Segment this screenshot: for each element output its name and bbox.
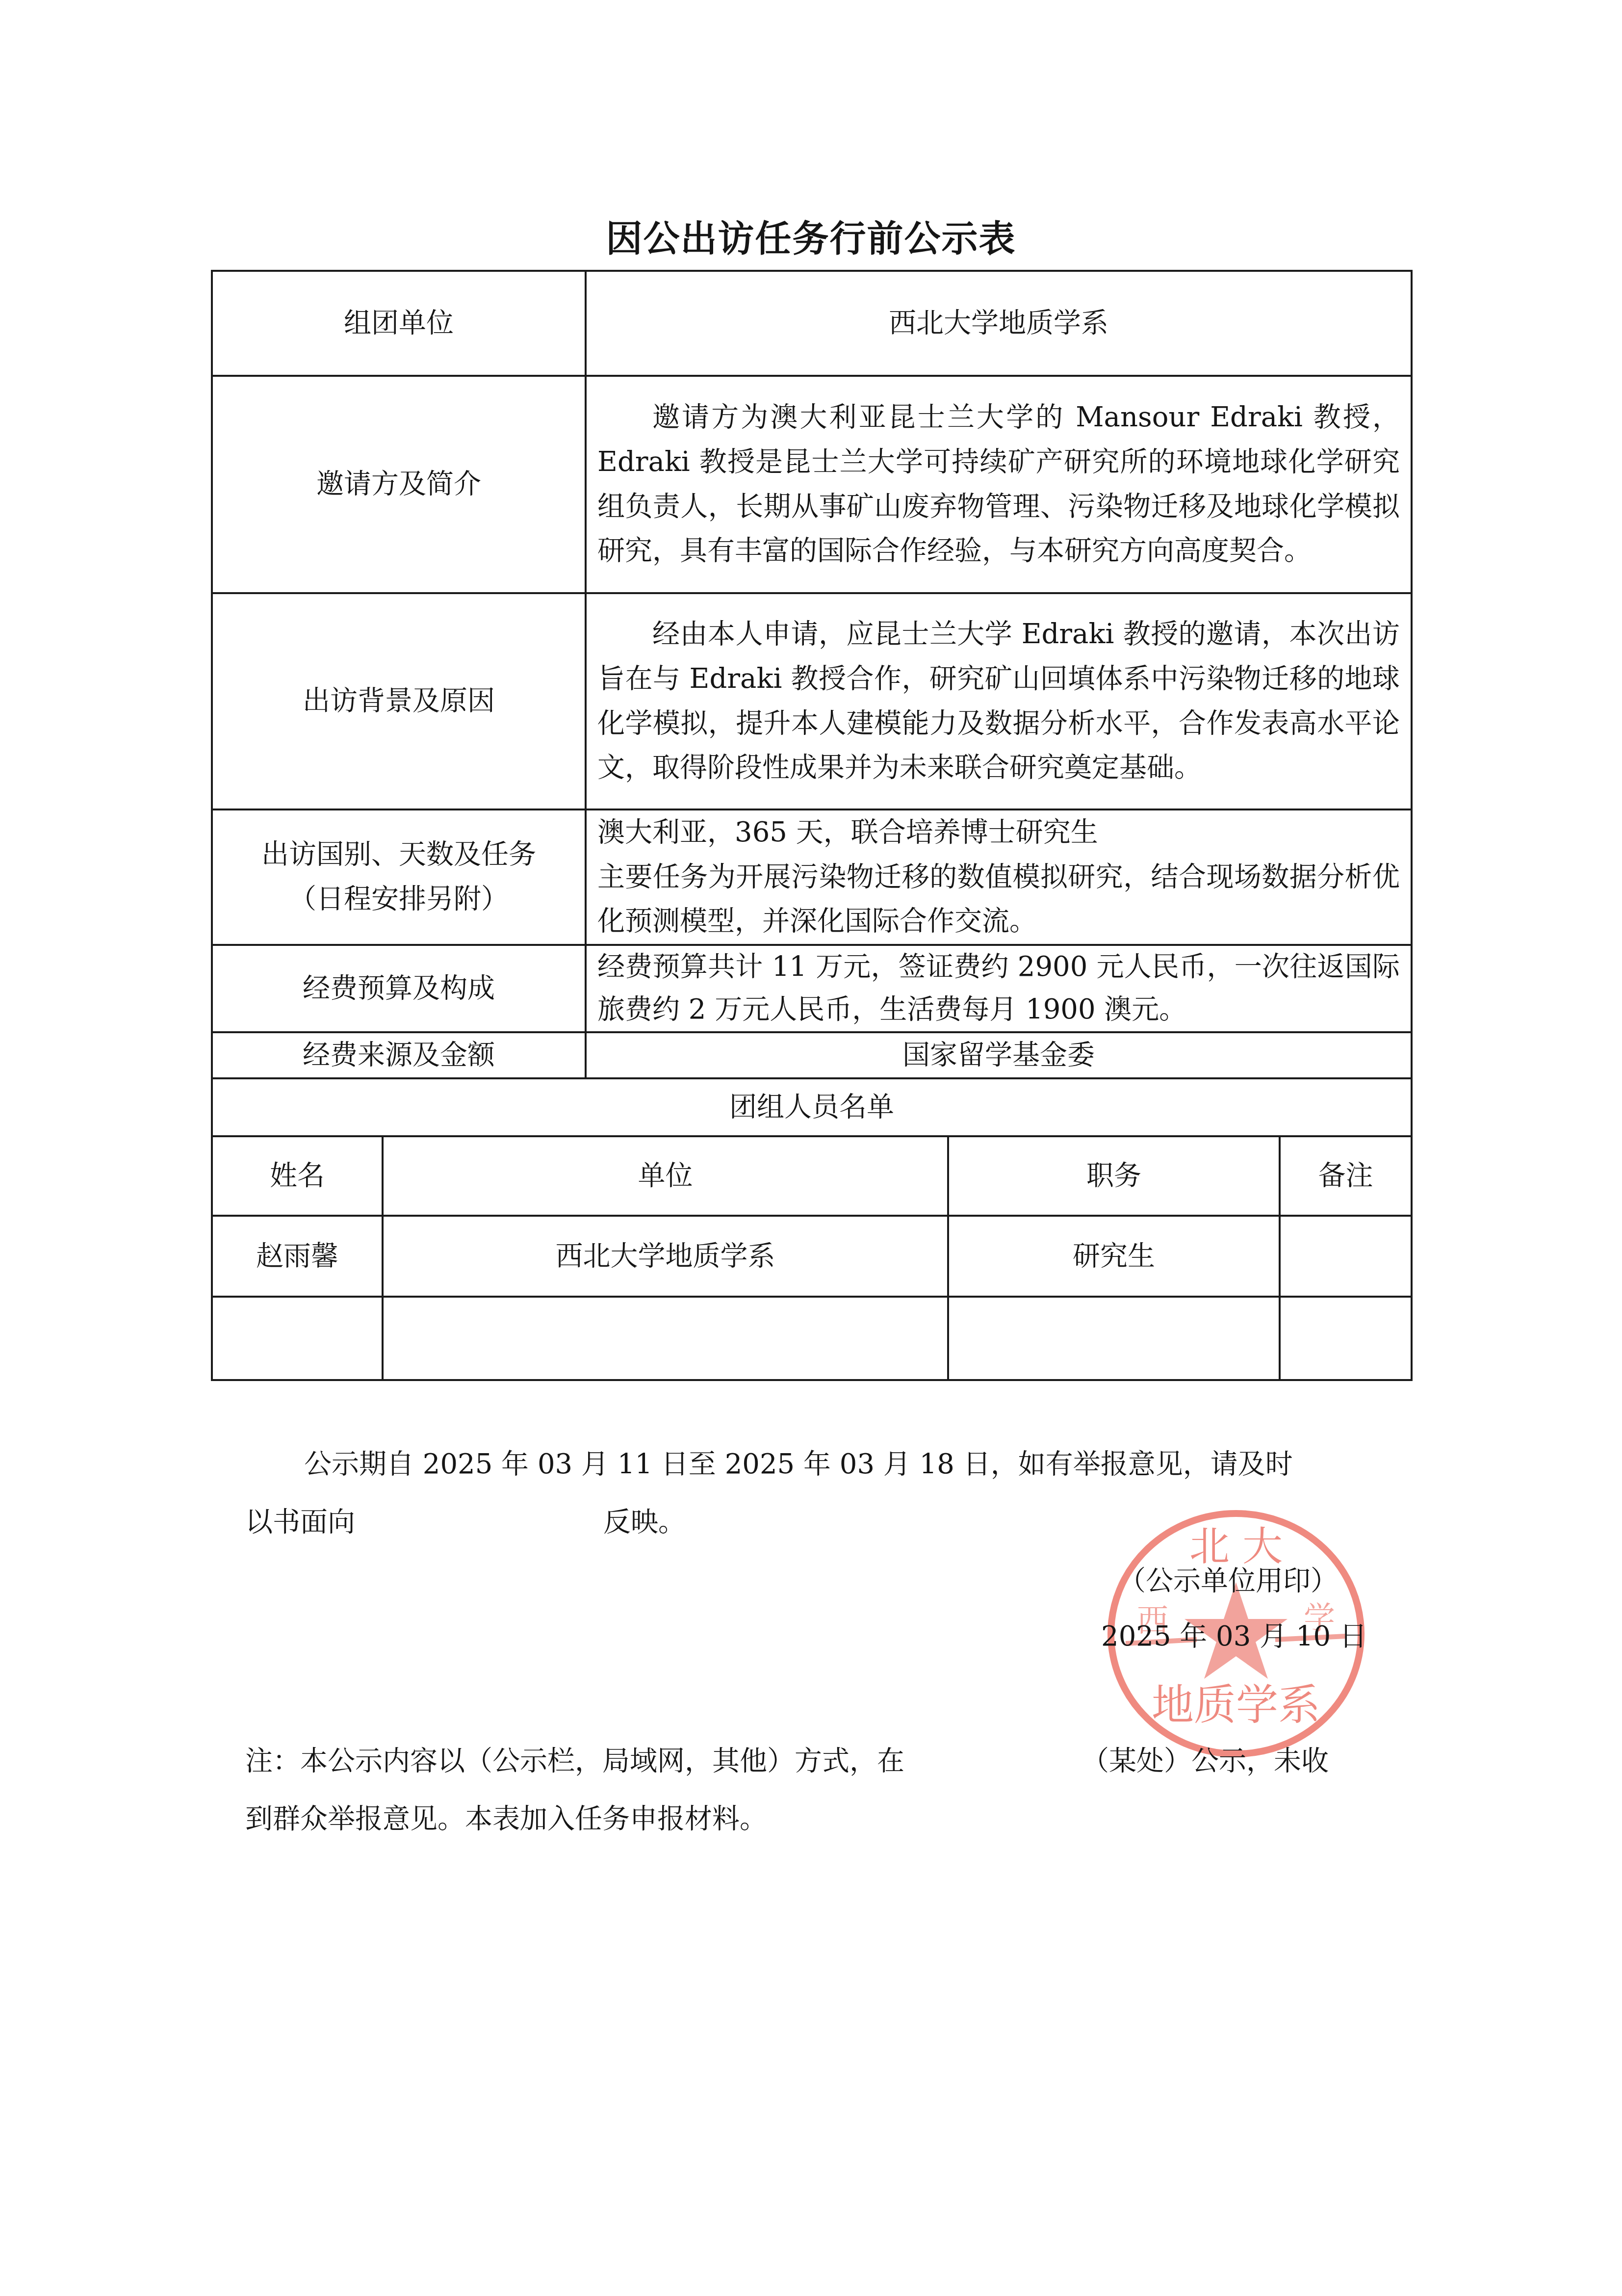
row-funding-source: 经费来源及金额 国家留学基金委 (212, 1032, 1412, 1079)
col-header-unit: 单位 (383, 1136, 948, 1216)
member-unit: 西北大学地质学系 (383, 1216, 948, 1297)
announcement-table: 组团单位 西北大学地质学系 邀请方及简介 邀请方为澳大利亚昆士兰大学的 Mans… (211, 270, 1413, 1381)
note-line-1b: （某处）公示，未收 (1081, 1748, 1329, 1775)
seal-date: 2025 年 03 月 10 日 (1101, 1623, 1367, 1650)
row-background: 出访背景及原因 经由本人申请，应昆士兰大学 Edraki 教授的邀请，本次出访旨… (212, 593, 1412, 809)
member-position (948, 1297, 1280, 1380)
label-line-2: （日程安排另附） (223, 877, 575, 922)
note-line-1a: 注：本公示内容以（公示栏，局域网，其他）方式，在 (245, 1748, 904, 1775)
value-line-1: 澳大利亚，365 天，联合培养博士研究生 (597, 810, 1400, 855)
value-background: 经由本人申请，应昆士兰大学 Edraki 教授的邀请，本次出访旨在与 Edrak… (586, 593, 1412, 809)
row-members-title: 团组人员名单 (212, 1078, 1412, 1136)
value-organizing-unit: 西北大学地质学系 (586, 271, 1412, 376)
label-inviter: 邀请方及简介 (212, 376, 586, 593)
col-header-position: 职务 (948, 1136, 1280, 1216)
value-funding-source: 国家留学基金委 (586, 1032, 1412, 1079)
col-header-name: 姓名 (212, 1136, 383, 1216)
member-name: 赵雨馨 (212, 1216, 383, 1297)
member-position: 研究生 (948, 1216, 1280, 1297)
label-line-1: 出访国别、天数及任务 (223, 833, 575, 877)
value-country-days-task: 澳大利亚，365 天，联合培养博士研究生 主要任务为开展污染物迁移的数值模拟研究… (586, 809, 1412, 945)
label-budget: 经费预算及构成 (212, 945, 586, 1032)
label-funding-source: 经费来源及金额 (212, 1032, 586, 1079)
member-name (212, 1297, 383, 1380)
note-line-2: 到群众举报意见。本表加入任务申报材料。 (245, 1805, 767, 1833)
period-line-2b: 反映。 (603, 1509, 686, 1536)
row-country-days-task: 出访国别、天数及任务 （日程安排另附） 澳大利亚，365 天，联合培养博士研究生… (212, 809, 1412, 945)
member-remarks (1280, 1297, 1412, 1380)
label-organizing-unit: 组团单位 (212, 271, 586, 376)
value-inviter: 邀请方为澳大利亚昆士兰大学的 Mansour Edraki 教授，Edraki … (586, 376, 1412, 593)
value-line-2: 主要任务为开展污染物迁移的数值模拟研究，结合现场数据分析优化预测模型，并深化国际… (597, 855, 1400, 944)
member-row-empty (212, 1297, 1412, 1380)
members-header-row: 姓名 单位 职务 备注 (212, 1136, 1412, 1216)
col-header-remarks: 备注 (1280, 1136, 1412, 1216)
member-remarks (1280, 1216, 1412, 1297)
row-inviter: 邀请方及简介 邀请方为澳大利亚昆士兰大学的 Mansour Edraki 教授，… (212, 376, 1412, 593)
document-title: 因公出访任务行前公示表 (0, 210, 1622, 262)
period-line-1: 公示期自 2025 年 03 月 11 日至 2025 年 03 月 18 日，… (304, 1451, 1293, 1478)
seal-top-text: 北 大 (1189, 1523, 1283, 1570)
period-line-2a: 以书面向 (245, 1509, 355, 1536)
label-country-days-task: 出访国别、天数及任务 （日程安排另附） (212, 809, 586, 945)
members-section-title: 团组人员名单 (212, 1078, 1412, 1136)
value-budget: 经费预算共计 11 万元，签证费约 2900 元人民币，一次往返国际旅费约 2 … (586, 945, 1412, 1032)
member-row: 赵雨馨 西北大学地质学系 研究生 (212, 1216, 1412, 1297)
label-background: 出访背景及原因 (212, 593, 586, 809)
seal-note: （公示单位用印） (1118, 1567, 1338, 1595)
seal-bottom-text: 地质学系 (1152, 1681, 1320, 1730)
member-unit (383, 1297, 948, 1380)
row-budget: 经费预算及构成 经费预算共计 11 万元，签证费约 2900 元人民币，一次往返… (212, 945, 1412, 1032)
row-organizing-unit: 组团单位 西北大学地质学系 (212, 271, 1412, 376)
